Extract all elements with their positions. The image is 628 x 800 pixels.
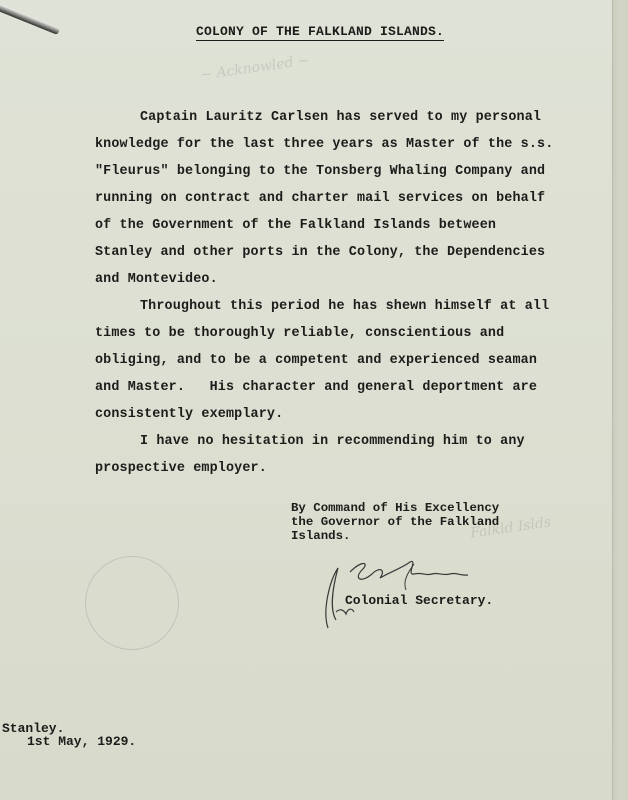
body-line: Stanley and other ports in the Colony, t… xyxy=(95,239,600,266)
letter-body: Captain Lauritz Carlsen has served to my… xyxy=(95,104,600,482)
authority-line: By Command of His Excellency xyxy=(291,501,499,515)
body-line: obliging, and to be a competent and expe… xyxy=(95,347,600,374)
body-line: running on contract and charter mail ser… xyxy=(95,185,600,212)
handwritten-signature-icon xyxy=(310,550,510,630)
signatory-title: Colonial Secretary. xyxy=(345,593,493,608)
document-page: ~ Acknowled ~ Falkld Islds COLONY OF THE… xyxy=(0,0,612,800)
body-line: "Fleurus" belonging to the Tonsberg Whal… xyxy=(95,158,600,185)
body-line: Captain Lauritz Carlsen has served to my… xyxy=(95,104,600,131)
page-edge xyxy=(612,0,628,800)
authority-line: the Governor of the Falkland xyxy=(291,515,499,529)
authority-block: By Command of His Excellency the Governo… xyxy=(291,501,499,543)
body-line: times to be thoroughly reliable, conscie… xyxy=(95,320,600,347)
paperclip-icon xyxy=(0,2,60,35)
place-and-date: Stanley. 1st May, 1929. xyxy=(2,722,136,748)
body-line: I have no hesitation in recommending him… xyxy=(95,428,600,455)
date: 1st May, 1929. xyxy=(2,735,136,748)
faint-stamp-mark xyxy=(85,556,179,650)
body-line: and Master. His character and general de… xyxy=(95,374,600,401)
body-line: of the Government of the Falkland Island… xyxy=(95,212,600,239)
authority-line: Islands. xyxy=(291,529,499,543)
body-line: Throughout this period he has shewn hims… xyxy=(95,293,600,320)
document-title: COLONY OF THE FALKLAND ISLANDS. xyxy=(196,24,444,41)
bleed-through-text: ~ Acknowled ~ xyxy=(199,52,310,83)
body-line: prospective employer. xyxy=(95,455,600,482)
body-line: consistently exemplary. xyxy=(95,401,600,428)
body-line: knowledge for the last three years as Ma… xyxy=(95,131,600,158)
body-line: and Montevideo. xyxy=(95,266,600,293)
